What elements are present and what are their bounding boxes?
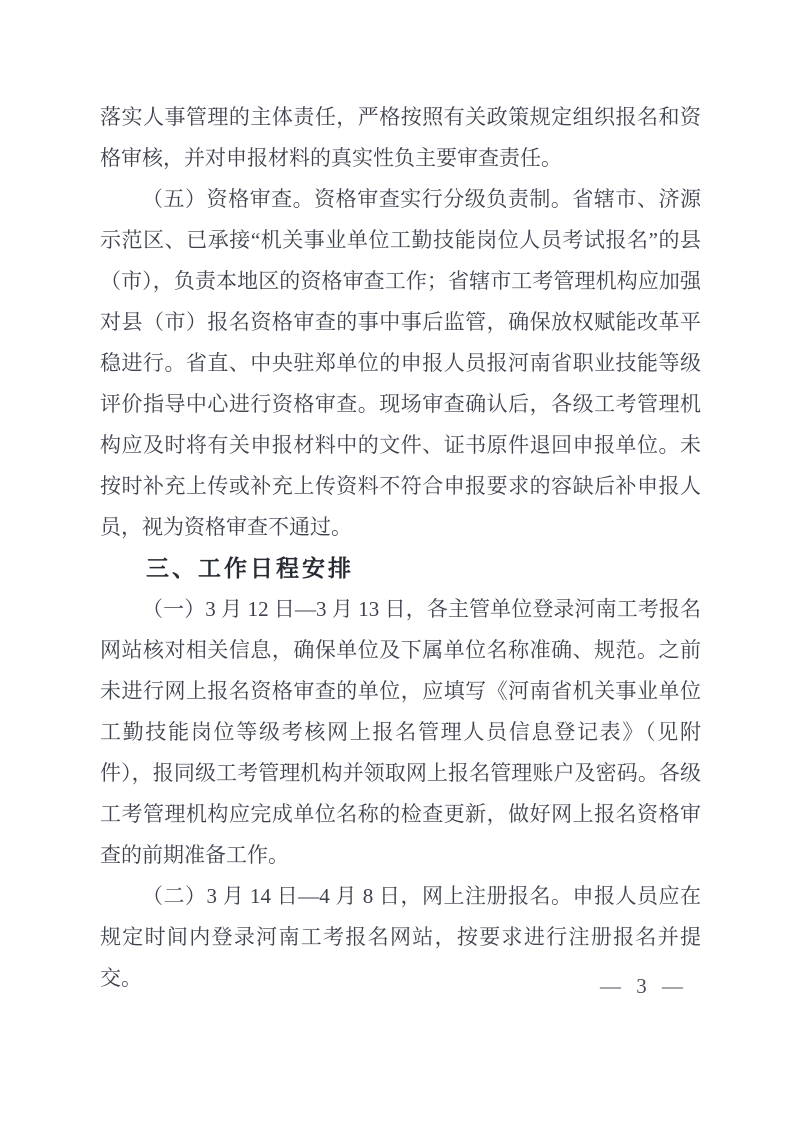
document-page: 落实人事管理的主体责任，严格按照有关政策规定组织报名和资格审核，并对申报材料的真…	[0, 0, 800, 1131]
paragraph-schedule-item-1: （一）3 月 12 日—3 月 13 日，各主管单位登录河南工考报名网站核对相关…	[100, 589, 701, 876]
paragraph-qualification-review: （五）资格审查。资格审查实行分级负责制。省辖市、济源示范区、已承接“机关事业单位…	[100, 179, 701, 548]
page-number: — 3 —	[600, 972, 688, 1000]
paragraph-continuation: 落实人事管理的主体责任，严格按照有关政策规定组织报名和资格审核，并对申报材料的真…	[100, 97, 701, 179]
section-heading-work-schedule: 三、工作日程安排	[100, 548, 701, 589]
document-text-block: 落实人事管理的主体责任，严格按照有关政策规定组织报名和资格审核，并对申报材料的真…	[100, 97, 701, 999]
